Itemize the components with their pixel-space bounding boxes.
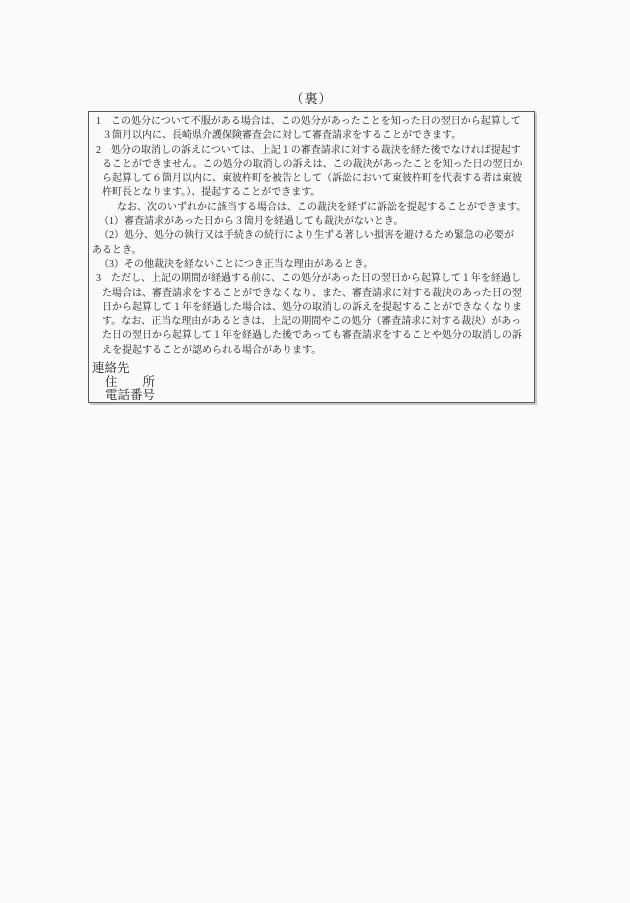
notice-line: なお、次のいずれかに該当する場合は、この裁決を経ずに訴訟を提起することができます…: [92, 201, 530, 215]
notice-line: ら起算して６箇月以内に、東彼杵町を被告として（訴訟において東彼杵町を代表する者は…: [92, 172, 530, 186]
contact-block: 連絡先 住 所 電話番号: [92, 362, 530, 403]
page-side-label: （裏）: [88, 91, 535, 107]
contact-phone-label: 電話番号: [92, 389, 530, 403]
contact-address-label: 住 所: [92, 376, 530, 390]
notice-line: えを提起することが認められる場合があります。: [92, 344, 530, 358]
notice-line: 杵町長となります。）、提起することができます。: [92, 186, 530, 200]
contact-heading: 連絡先: [92, 362, 530, 376]
notice-line: 3 ただし、上記の期間が経過する前に、この処分があった日の翌日から起算して１年を…: [92, 272, 530, 286]
notice-line: た日の翌日から起算して１年を経過した後であっても審査請求をすることや処分の取消し…: [92, 329, 530, 343]
notice-line: （2）処分、処分の執行又は手続きの続行により生ずる著しい損害を避けるため緊急の必…: [92, 229, 530, 243]
notice-line: ることができません。この処分の取消しの訴えは、この裁決があったことを知った日の翌…: [92, 158, 530, 172]
notice-line: 2 処分の取消しの訴えについては、上記１の審査請求に対する裁決を経た後でなければ…: [92, 144, 530, 158]
notice-line: た場合は、審査請求をすることができなくなり、また、審査請求に対する裁決のあった日…: [92, 287, 530, 301]
notice-line: （3）その他裁決を経ないことにつき正当な理由があるとき。: [92, 258, 530, 272]
notice-line: 1 この処分について不服がある場合は、この処分があったことを知った日の翌日から起…: [92, 115, 530, 129]
notice-line: ３箇月以内に、長崎県介護保険審査会に対して審査請求をすることができます。: [92, 129, 530, 143]
notice-line: 日から起算して１年を経過した場合は、処分の取消しの訴えを提起することができなくな…: [92, 301, 530, 315]
notice-box: 1 この処分について不服がある場合は、この処分があったことを知った日の翌日から起…: [88, 111, 535, 403]
notice-body: 1 この処分について不服がある場合は、この処分があったことを知った日の翌日から起…: [92, 115, 530, 358]
notice-line: （1）審査請求があった日から３箇月を経過しても裁決がないとき。: [92, 215, 530, 229]
notice-line: あるとき。: [92, 244, 530, 258]
document-page: （裏） 1 この処分について不服がある場合は、この処分があったことを知った日の翌…: [0, 0, 630, 903]
notice-line: す。なお、正当な理由があるときは、上記の期間やこの処分（審査請求に対する裁決）が…: [92, 315, 530, 329]
